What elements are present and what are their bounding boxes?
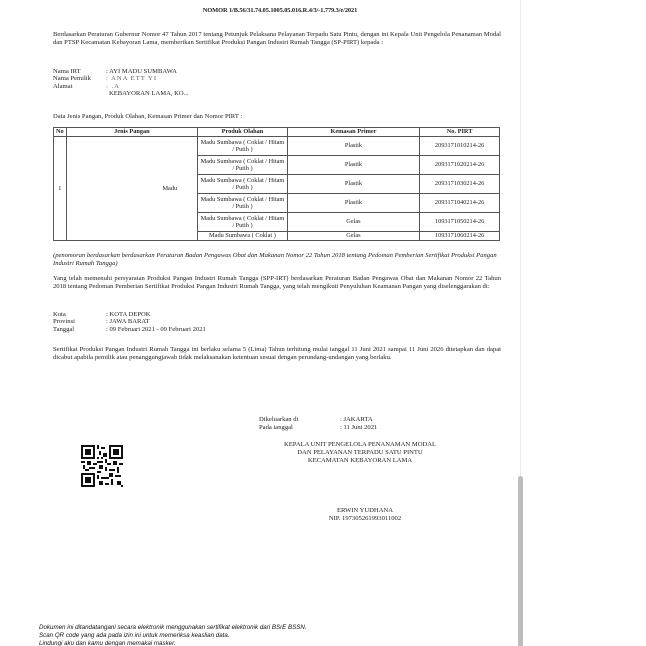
footer-line: Dokumen ini ditandatangani secara elektr… <box>39 624 307 632</box>
cell-no: 1 <box>54 137 67 241</box>
value-redacted: : .A <box>106 83 120 90</box>
value: : KOTA DEPOK <box>106 311 151 318</box>
cell-pirt: 2093171030214-26 <box>420 175 500 194</box>
label: Nama Pemilik <box>53 75 106 82</box>
label: Nama IRT <box>53 68 106 75</box>
issue-info: Dikeluarkan di : JAKARTA Pada tanggal : … <box>259 416 377 432</box>
label: Pada tanggal <box>259 424 340 432</box>
col-header-produk-olahan: Produk Olahan <box>198 128 288 137</box>
signatory-nip: NIP. 197305261993011002 <box>300 515 430 523</box>
label: Alamat <box>53 83 106 90</box>
table-intro: Data Jenis Pangan, Produk Olahan, Kemasa… <box>53 113 242 121</box>
cell-pirt: 2093171040214-26 <box>420 194 500 213</box>
intro-paragraph: Berdasarkan Peraturan Gubernur Nomor 47 … <box>53 31 501 47</box>
cell-produk: Madu Sumbawa ( Coklat / Hitam / Putih ) <box>198 213 288 232</box>
electronic-signature-footer: Dokumen ini ditandatangani secara elektr… <box>39 624 307 646</box>
col-header-jenis-pangan: Jenis Pangan <box>66 128 197 137</box>
issuing-office: KEPALA UNIT PENGELOLA PENANAMAN MODAL DA… <box>240 441 480 465</box>
office-line: DAN PELAYANAN TERPADU SATU PINTU <box>240 449 480 457</box>
cell-produk: Madu Sumbawa ( Coklat / Hitam / Putih ) <box>198 156 288 175</box>
location-row-kota: Kota : KOTA DEPOK <box>53 311 206 318</box>
value: : AYI MADU SUMBAWA <box>106 68 177 75</box>
requirements-paragraph: Yang telah memenuhi persyaratan Produksi… <box>53 275 501 291</box>
col-header-no-pirt: No. PIRT <box>420 128 500 137</box>
value: : JAWA BARAT <box>106 318 149 325</box>
col-header-no: No <box>54 128 67 137</box>
label: Tanggal <box>53 326 106 333</box>
recipient-row-alamat: Alamat : .A <box>53 83 189 90</box>
cell-pirt: 2093171020214-26 <box>420 156 500 175</box>
value: : JAKARTA <box>340 416 373 424</box>
cell-produk: Madu Sumbawa ( Coklat / Hitam / Putih ) <box>198 137 288 156</box>
scrollbar[interactable] <box>518 476 523 646</box>
cell-produk: Madu Sumbawa ( Coklat / Hitam / Putih ) <box>198 175 288 194</box>
footer-line: Scan QR code yang ada pada izin ini untu… <box>39 632 307 640</box>
cell-pirt: 1093171050214-26 <box>420 213 500 232</box>
signatory: ERWIN YUDHANA NIP. 197305261993011002 <box>300 507 430 523</box>
cell-pirt: 1093171060214-26 <box>420 232 500 241</box>
cell-kemasan: Plastik <box>287 175 419 194</box>
validity-paragraph: Sertifikat Produksi Pangan Industri Ruma… <box>53 346 501 362</box>
signatory-name: ERWIN YUDHANA <box>300 507 430 515</box>
footer-line: Lindungi aku dan kamu dengan memakai mas… <box>39 640 307 646</box>
qr-code-icon[interactable] <box>81 445 123 487</box>
cell-pirt: 2093171010214-26 <box>420 137 500 156</box>
label: Dikeluarkan di <box>259 416 340 424</box>
document-number: NOMOR 1/B.56/31.74.05.1005.05.016.R.4/3/… <box>0 7 560 15</box>
recipient-row-nama-pemilik: Nama Pemilik : ANA ETT YI <box>53 75 189 82</box>
issued-at-row: Dikeluarkan di : JAKARTA <box>259 416 377 424</box>
value-redacted: : ANA ETT YI <box>106 75 157 82</box>
label: Kota <box>53 311 106 318</box>
label: Provinsi <box>53 318 106 325</box>
pirt-table: No Jenis Pangan Produk Olahan Kemasan Pr… <box>53 127 500 241</box>
cell-jenis-pangan: Madu <box>66 137 197 241</box>
recipient-row-alamat-2: KEBAYORAN LAMA, KO... <box>53 90 189 97</box>
cell-kemasan: Gelas <box>287 213 419 232</box>
cell-produk: Madu Sumbawa ( Coklat / Hitam / Putih ) <box>198 194 288 213</box>
table-header-row: No Jenis Pangan Produk Olahan Kemasan Pr… <box>54 128 500 137</box>
col-header-kemasan-primer: Kemasan Primer <box>287 128 419 137</box>
recipient-row-nama-irt: Nama IRT : AYI MADU SUMBAWA <box>53 68 189 75</box>
cell-kemasan: Gelas <box>287 232 419 241</box>
training-location: Kota : KOTA DEPOK Provinsi : JAWA BARAT … <box>53 311 206 333</box>
office-line: KEPALA UNIT PENGELOLA PENANAMAN MODAL <box>240 441 480 449</box>
value: : 11 Juni 2021 <box>340 424 377 432</box>
issued-date-row: Pada tanggal : 11 Juni 2021 <box>259 424 377 432</box>
recipient-info: Nama IRT : AYI MADU SUMBAWA Nama Pemilik… <box>53 68 189 98</box>
numbering-note: (penomoran berdasarkan berdasarkan Perat… <box>53 252 501 268</box>
office-line: KECAMATAN KEBAYORAN LAMA <box>240 457 480 465</box>
cell-kemasan: Plastik <box>287 194 419 213</box>
location-row-provinsi: Provinsi : JAWA BARAT <box>53 318 206 325</box>
cell-kemasan: Plastik <box>287 137 419 156</box>
value: KEBAYORAN LAMA, KO... <box>106 90 189 97</box>
location-row-tanggal: Tanggal : 09 Februari 2021 - 09 Februari… <box>53 326 206 333</box>
table-row: 1 Madu Madu Sumbawa ( Coklat / Hitam / P… <box>54 137 500 156</box>
cell-produk: Madu Sumbawa ( Coklat ) <box>198 232 288 241</box>
value: : 09 Februari 2021 - 09 Februari 2021 <box>106 326 206 333</box>
cell-kemasan: Plastik <box>287 156 419 175</box>
label <box>53 90 106 97</box>
